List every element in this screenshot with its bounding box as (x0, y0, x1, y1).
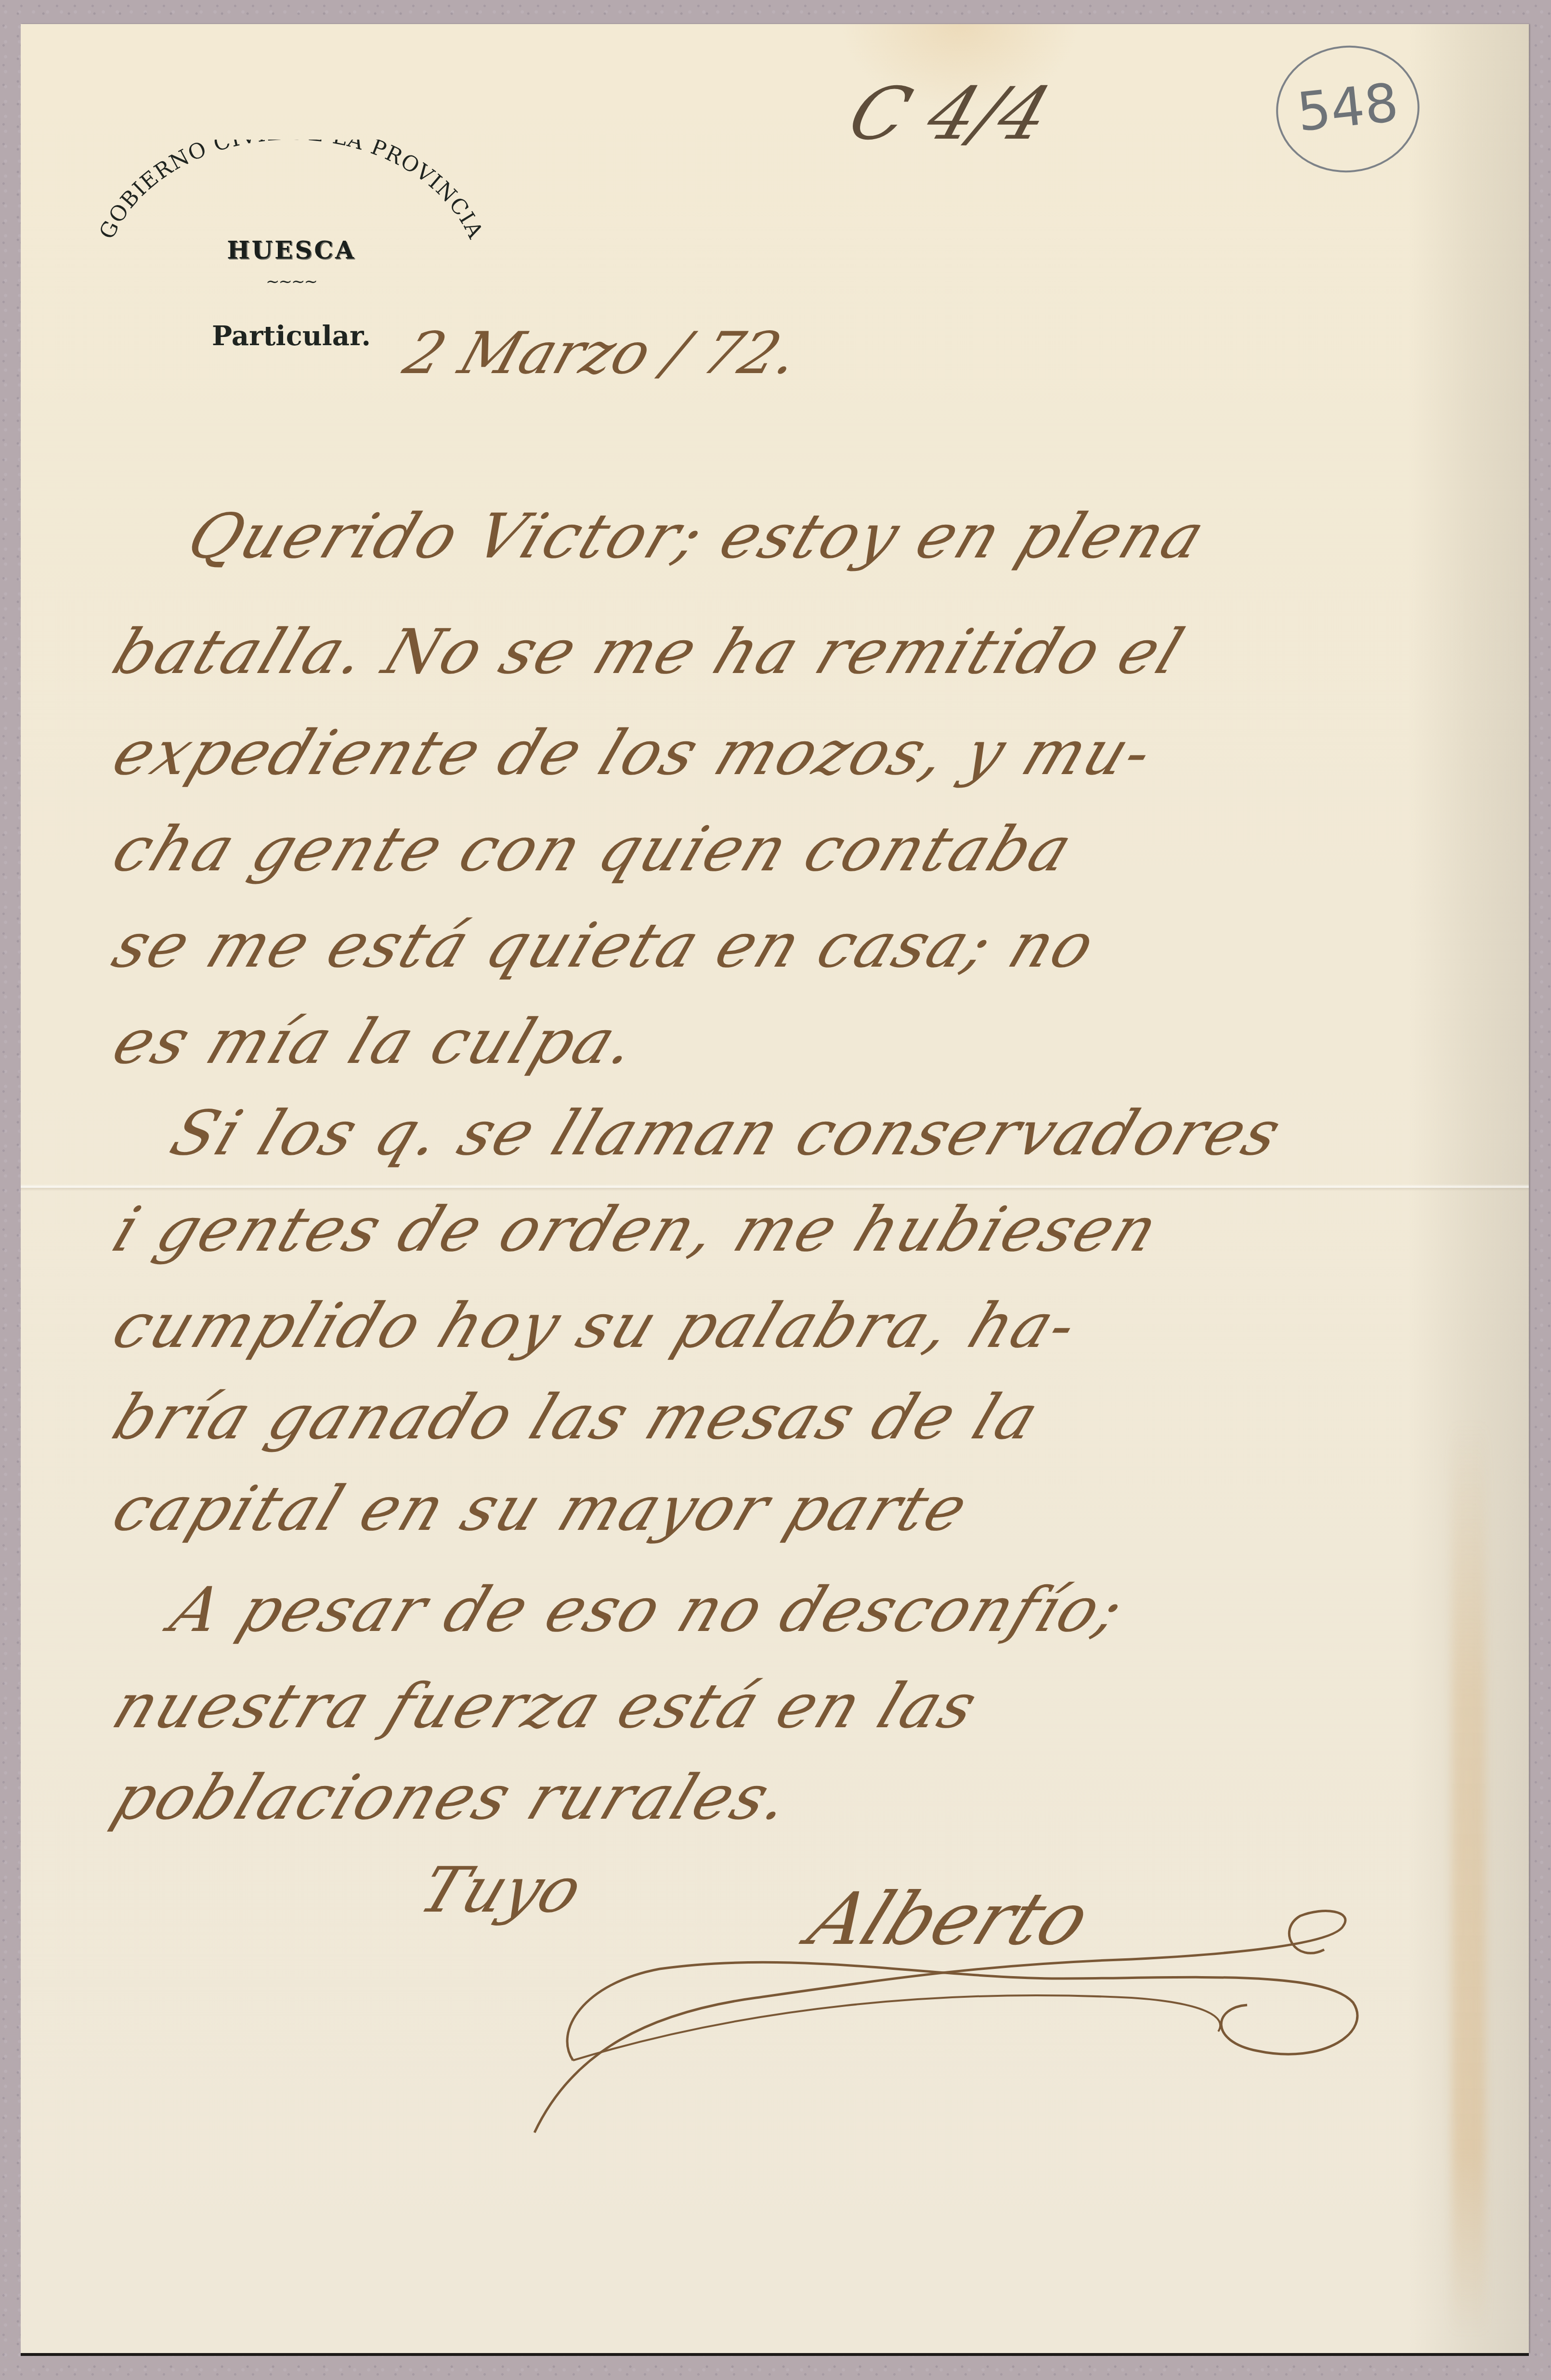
body-line: cha gente con quien contaba (104, 814, 1083, 885)
signature-paraph-icon (506, 1906, 1421, 2147)
svg-text:GOBIERNO CIVIL DE LA PROVINCIA: GOBIERNO CIVIL DE LA PROVINCIA (95, 140, 488, 243)
body-line: nuestra fuerza está en las (104, 1670, 988, 1742)
letter-date: 2 Marzo / 72. (396, 320, 807, 387)
body-line: i gentes de orden, me hubiesen (104, 1194, 1169, 1266)
fold-crease (21, 1184, 1529, 1191)
letterhead-city: HUESCA (84, 236, 498, 264)
letterhead-ornament: ~~~~ (84, 272, 498, 291)
body-line: expediente de los mozos, y mu- (104, 717, 1164, 789)
letterhead-arc-text: GOBIERNO CIVIL DE LA PROVINCIA (95, 140, 488, 243)
body-line: se me está quieta en casa; no (104, 910, 1106, 982)
body-line: poblaciones rurales. (104, 1762, 802, 1834)
body-line: batalla. No se me ha remitido el (104, 616, 1194, 688)
body-line: es mía la culpa. (104, 1006, 649, 1078)
body-line: capital en su mayor parte (104, 1473, 979, 1545)
body-line: cumplido hoy su palabra, ha- (104, 1290, 1088, 1362)
foxing-stain-right (1452, 1420, 1486, 2335)
body-line: A pesar de eso no desconfío; (161, 1574, 1135, 1646)
body-line: Querido Victor; estoy en plena (178, 501, 1216, 572)
body-line: bría ganado las mesas de la (104, 1382, 1050, 1453)
folio-mark: C 4/4 (839, 72, 1060, 156)
archive-number: 548 (1275, 69, 1421, 145)
body-line: Si los q. se llaman conservadores (161, 1098, 1292, 1169)
